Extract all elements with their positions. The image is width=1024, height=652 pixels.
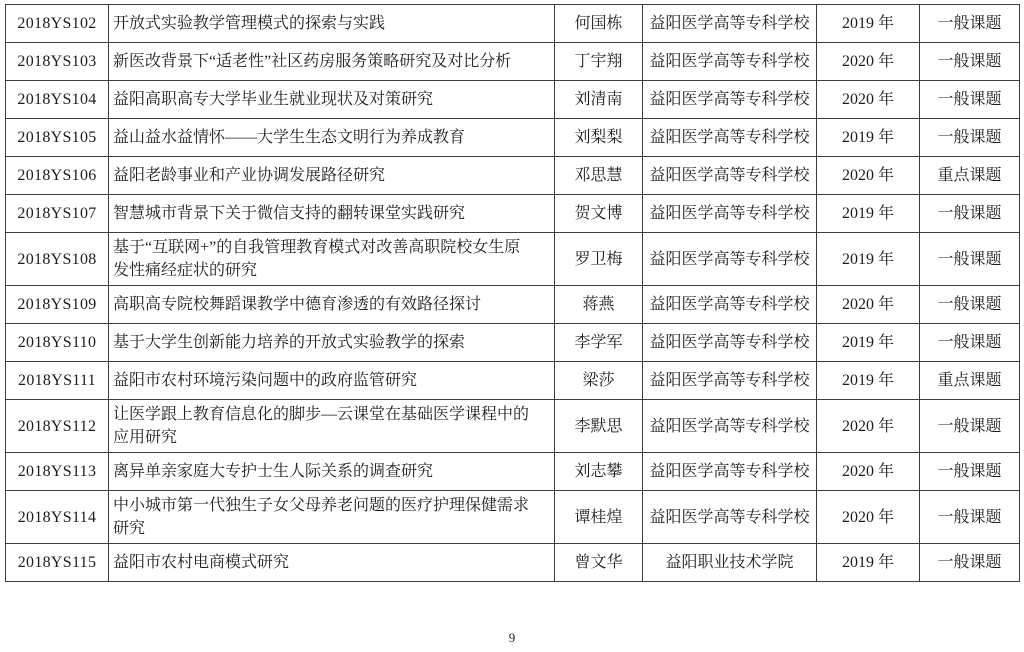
leader-cell: 邓思慧	[555, 157, 643, 195]
leader-cell: 李学军	[555, 324, 643, 362]
institution-cell: 益阳医学高等专科学校	[643, 324, 817, 362]
leader-cell: 贺文博	[555, 195, 643, 233]
leader-cell: 谭桂煌	[555, 491, 643, 544]
project-title-cell: 益阳市农村环境污染问题中的政府监管研究	[109, 362, 555, 400]
leader-cell: 梁莎	[555, 362, 643, 400]
project-id-cell: 2018YS112	[6, 400, 109, 453]
institution-cell: 益阳医学高等专科学校	[643, 81, 817, 119]
institution-cell: 益阳医学高等专科学校	[643, 286, 817, 324]
table-row: 2018YS106 益阳老龄事业和产业协调发展路径研究 邓思慧 益阳医学高等专科…	[6, 157, 1020, 195]
year-cell: 2019 年	[817, 195, 920, 233]
project-id-cell: 2018YS102	[6, 5, 109, 43]
institution-cell: 益阳医学高等专科学校	[643, 195, 817, 233]
leader-cell: 刘清南	[555, 81, 643, 119]
leader-cell: 刘志攀	[555, 453, 643, 491]
year-cell: 2019 年	[817, 119, 920, 157]
leader-cell: 曾文华	[555, 544, 643, 582]
category-cell: 一般课题	[920, 5, 1020, 43]
table-body: 2018YS102 开放式实验教学管理模式的探索与实践 何国栋 益阳医学高等专科…	[6, 5, 1020, 582]
project-id-cell: 2018YS110	[6, 324, 109, 362]
institution-cell: 益阳医学高等专科学校	[643, 5, 817, 43]
year-cell: 2019 年	[817, 233, 920, 286]
category-cell: 一般课题	[920, 233, 1020, 286]
table-row: 2018YS102 开放式实验教学管理模式的探索与实践 何国栋 益阳医学高等专科…	[6, 5, 1020, 43]
project-title-cell: 益阳老龄事业和产业协调发展路径研究	[109, 157, 555, 195]
category-cell: 重点课题	[920, 157, 1020, 195]
institution-cell: 益阳医学高等专科学校	[643, 43, 817, 81]
project-id-cell: 2018YS106	[6, 157, 109, 195]
institution-cell: 益阳医学高等专科学校	[643, 491, 817, 544]
table-row: 2018YS107 智慧城市背景下关于微信支持的翻转课堂实践研究 贺文博 益阳医…	[6, 195, 1020, 233]
institution-cell: 益阳医学高等专科学校	[643, 157, 817, 195]
category-cell: 一般课题	[920, 119, 1020, 157]
leader-cell: 丁宇翔	[555, 43, 643, 81]
table-row: 2018YS103 新医改背景下“适老性”社区药房服务策略研究及对比分析 丁宇翔…	[6, 43, 1020, 81]
institution-cell: 益阳医学高等专科学校	[643, 233, 817, 286]
year-cell: 2020 年	[817, 43, 920, 81]
table-row: 2018YS109 高职高专院校舞蹈课教学中德育渗透的有效路径探讨 蒋燕 益阳医…	[6, 286, 1020, 324]
category-cell: 重点课题	[920, 362, 1020, 400]
project-id-cell: 2018YS115	[6, 544, 109, 582]
leader-cell: 刘梨梨	[555, 119, 643, 157]
table-row: 2018YS115 益阳市农村电商模式研究 曾文华 益阳职业技术学院 2019 …	[6, 544, 1020, 582]
year-cell: 2020 年	[817, 491, 920, 544]
project-id-cell: 2018YS113	[6, 453, 109, 491]
category-cell: 一般课题	[920, 400, 1020, 453]
project-title-cell: 益阳市农村电商模式研究	[109, 544, 555, 582]
category-cell: 一般课题	[920, 453, 1020, 491]
year-cell: 2019 年	[817, 324, 920, 362]
institution-cell: 益阳职业技术学院	[643, 544, 817, 582]
year-cell: 2019 年	[817, 362, 920, 400]
project-title-cell: 益山益水益情怀——大学生生态文明行为养成教育	[109, 119, 555, 157]
year-cell: 2020 年	[817, 286, 920, 324]
category-cell: 一般课题	[920, 286, 1020, 324]
project-title-cell: 新医改背景下“适老性”社区药房服务策略研究及对比分析	[109, 43, 555, 81]
project-id-cell: 2018YS103	[6, 43, 109, 81]
project-id-cell: 2018YS105	[6, 119, 109, 157]
category-cell: 一般课题	[920, 491, 1020, 544]
year-cell: 2020 年	[817, 157, 920, 195]
institution-cell: 益阳医学高等专科学校	[643, 119, 817, 157]
year-cell: 2019 年	[817, 544, 920, 582]
category-cell: 一般课题	[920, 324, 1020, 362]
project-id-cell: 2018YS111	[6, 362, 109, 400]
table-row: 2018YS114 中小城市第一代独生子女父母养老问题的医疗护理保健需求研究 谭…	[6, 491, 1020, 544]
leader-cell: 罗卫梅	[555, 233, 643, 286]
project-id-cell: 2018YS107	[6, 195, 109, 233]
institution-cell: 益阳医学高等专科学校	[643, 362, 817, 400]
leader-cell: 蒋燕	[555, 286, 643, 324]
table-row: 2018YS108 基于“互联网+”的自我管理教育模式对改善高职院校女生原发性痛…	[6, 233, 1020, 286]
institution-cell: 益阳医学高等专科学校	[643, 400, 817, 453]
year-cell: 2020 年	[817, 453, 920, 491]
project-title-cell: 中小城市第一代独生子女父母养老问题的医疗护理保健需求研究	[109, 491, 555, 544]
project-id-cell: 2018YS114	[6, 491, 109, 544]
project-title-cell: 智慧城市背景下关于微信支持的翻转课堂实践研究	[109, 195, 555, 233]
category-cell: 一般课题	[920, 195, 1020, 233]
document-page: 2018YS102 开放式实验教学管理模式的探索与实践 何国栋 益阳医学高等专科…	[0, 0, 1024, 652]
category-cell: 一般课题	[920, 544, 1020, 582]
table-row: 2018YS105 益山益水益情怀——大学生生态文明行为养成教育 刘梨梨 益阳医…	[6, 119, 1020, 157]
project-title-cell: 益阳高职高专大学毕业生就业现状及对策研究	[109, 81, 555, 119]
page-number: 9	[0, 630, 1024, 646]
year-cell: 2019 年	[817, 5, 920, 43]
table-row: 2018YS110 基于大学生创新能力培养的开放式实验教学的探索 李学军 益阳医…	[6, 324, 1020, 362]
table-row: 2018YS112 让医学跟上教育信息化的脚步—云课堂在基础医学课程中的应用研究…	[6, 400, 1020, 453]
project-title-cell: 让医学跟上教育信息化的脚步—云课堂在基础医学课程中的应用研究	[109, 400, 555, 453]
project-title-cell: 基于大学生创新能力培养的开放式实验教学的探索	[109, 324, 555, 362]
table-row: 2018YS113 离异单亲家庭大专护士生人际关系的调查研究 刘志攀 益阳医学高…	[6, 453, 1020, 491]
category-cell: 一般课题	[920, 43, 1020, 81]
project-title-cell: 基于“互联网+”的自我管理教育模式对改善高职院校女生原发性痛经症状的研究	[109, 233, 555, 286]
table-row: 2018YS111 益阳市农村环境污染问题中的政府监管研究 梁莎 益阳医学高等专…	[6, 362, 1020, 400]
leader-cell: 李默思	[555, 400, 643, 453]
institution-cell: 益阳医学高等专科学校	[643, 453, 817, 491]
table-row: 2018YS104 益阳高职高专大学毕业生就业现状及对策研究 刘清南 益阳医学高…	[6, 81, 1020, 119]
project-id-cell: 2018YS104	[6, 81, 109, 119]
leader-cell: 何国栋	[555, 5, 643, 43]
project-title-cell: 高职高专院校舞蹈课教学中德育渗透的有效路径探讨	[109, 286, 555, 324]
category-cell: 一般课题	[920, 81, 1020, 119]
project-id-cell: 2018YS109	[6, 286, 109, 324]
project-id-cell: 2018YS108	[6, 233, 109, 286]
year-cell: 2020 年	[817, 81, 920, 119]
project-approval-table: 2018YS102 开放式实验教学管理模式的探索与实践 何国栋 益阳医学高等专科…	[5, 4, 1020, 582]
project-title-cell: 开放式实验教学管理模式的探索与实践	[109, 5, 555, 43]
project-title-cell: 离异单亲家庭大专护士生人际关系的调查研究	[109, 453, 555, 491]
year-cell: 2020 年	[817, 400, 920, 453]
